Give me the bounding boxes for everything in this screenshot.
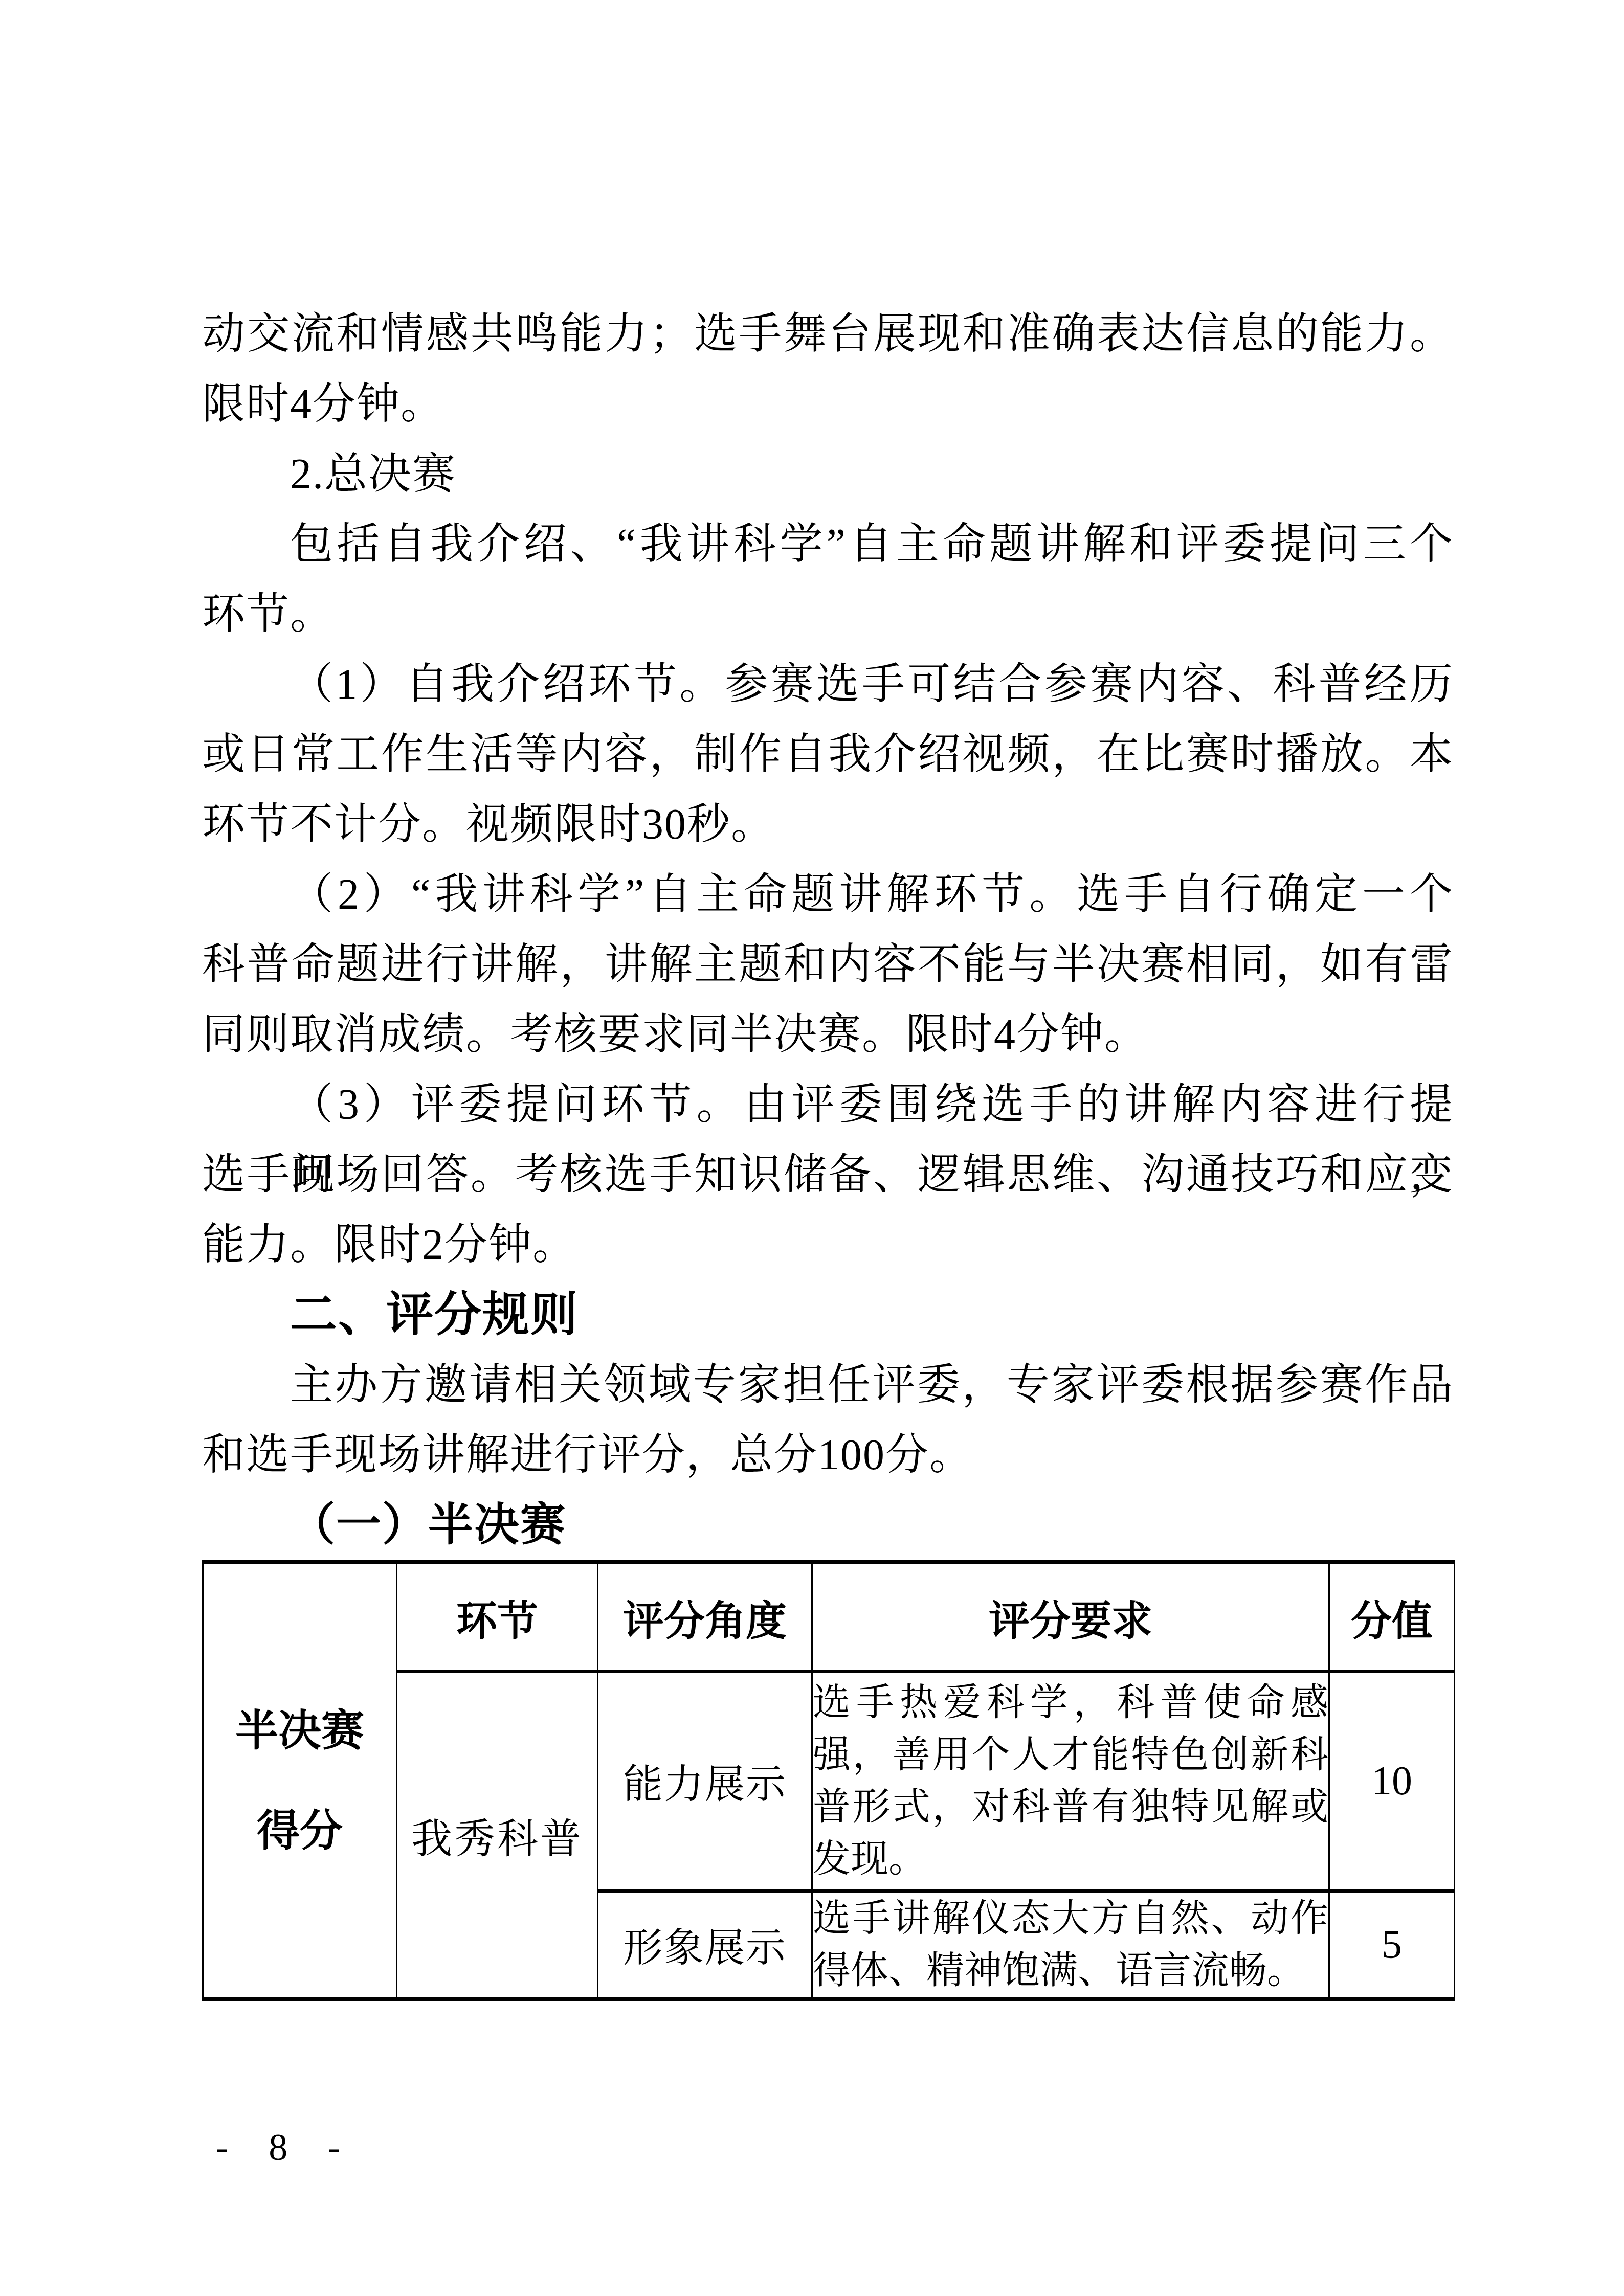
- header-cell-requirement: 评分要求: [812, 1562, 1329, 1671]
- section-heading: 二、评分规则: [202, 1280, 1454, 1350]
- body-line: （1）自我介绍环节。参赛选手可结合参赛内容、科普经历: [202, 649, 1454, 719]
- requirement-line: 发现。: [813, 1833, 1328, 1885]
- angle-cell: 能力展示: [598, 1671, 812, 1891]
- document-page: 动交流和情感共鸣能力；选手舞台展现和准确表达信息的能力。 限时4分钟。 2.总决…: [0, 0, 1624, 2296]
- body-text: 动交流和情感共鸣能力；选手舞台展现和准确表达信息的能力。 限时4分钟。 2.总决…: [202, 299, 1454, 2001]
- page-number: - 8 -: [216, 2126, 355, 2170]
- body-line: 包括自我介绍、“我讲科学”自主命题讲解和评委提问三个: [202, 509, 1454, 579]
- requirement-line: 得体、精神饱满、语言流畅。: [813, 1945, 1328, 1997]
- header-cell-angle: 评分角度: [598, 1562, 812, 1671]
- requirement-line: 选手热爱科学，科普使命感: [813, 1677, 1328, 1729]
- body-line: 科普命题进行讲解，讲解主题和内容不能与半决赛相同，如有雷: [202, 930, 1454, 1000]
- requirement-line: 普形式，对科普有独特见解或: [813, 1781, 1328, 1833]
- group-score-cell: 半决赛 得分: [203, 1562, 397, 1999]
- body-line: 环节。: [202, 579, 1454, 649]
- group-label-line: 半决赛: [204, 1680, 396, 1781]
- body-line: 动交流和情感共鸣能力；选手舞台展现和准确表达信息的能力。: [202, 299, 1454, 369]
- body-line: 或日常工作生活等内容，制作自我介绍视频，在比赛时播放。本: [202, 719, 1454, 790]
- score-cell: 5: [1329, 1891, 1455, 1999]
- body-line: （3）评委提问环节。由评委围绕选手的讲解内容进行提问，: [202, 1070, 1454, 1140]
- subsection-heading: （一）半决赛: [202, 1490, 1454, 1560]
- body-line: 限时4分钟。: [202, 369, 1454, 439]
- body-line: 同则取消成绩。考核要求同半决赛。限时4分钟。: [202, 1000, 1454, 1070]
- scoring-table: 半决赛 得分 环节 评分角度 评分要求 分值 我秀科普 能力展示 选手热爱科学，…: [202, 1560, 1455, 2001]
- header-cell-score: 分值: [1329, 1562, 1455, 1671]
- requirement-cell: 选手热爱科学，科普使命感 强，善用个人才能特色创新科 普形式，对科普有独特见解或…: [812, 1671, 1329, 1891]
- score-cell: 10: [1329, 1671, 1455, 1891]
- stage-cell: 我秀科普: [397, 1671, 598, 1999]
- group-label-line: 得分: [204, 1781, 396, 1881]
- body-line: （2）“我讲科学”自主命题讲解环节。选手自行确定一个: [202, 860, 1454, 930]
- body-line: 选手现场回答。考核选手知识储备、逻辑思维、沟通技巧和应变: [202, 1140, 1454, 1210]
- angle-cell: 形象展示: [598, 1891, 812, 1999]
- body-line: 2.总决赛: [202, 439, 1454, 509]
- body-line: 能力。限时2分钟。: [202, 1210, 1454, 1280]
- header-cell-stage: 环节: [397, 1562, 598, 1671]
- body-line: 和选手现场讲解进行评分，总分100分。: [202, 1420, 1454, 1490]
- requirement-line: 强，善用个人才能特色创新科: [813, 1729, 1328, 1781]
- requirement-cell: 选手讲解仪态大方自然、动作 得体、精神饱满、语言流畅。: [812, 1891, 1329, 1999]
- body-line: 环节不计分。视频限时30秒。: [202, 790, 1454, 860]
- body-line: 主办方邀请相关领域专家担任评委，专家评委根据参赛作品: [202, 1350, 1454, 1420]
- requirement-line: 选手讲解仪态大方自然、动作: [813, 1893, 1328, 1945]
